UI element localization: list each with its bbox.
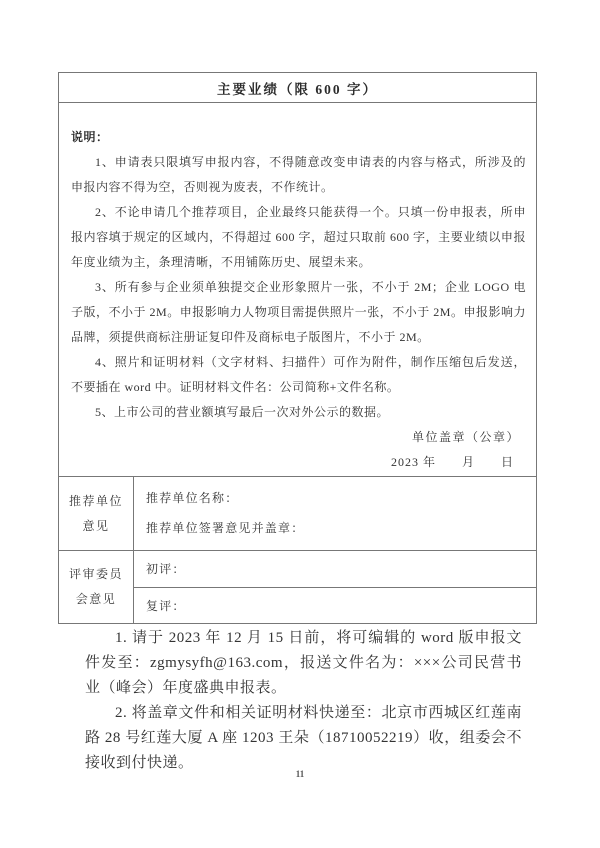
recommend-label-line1: 推荐单位	[69, 489, 123, 514]
recommend-row-content: 推荐单位名称： 推荐单位签署意见并盖章：	[134, 477, 536, 550]
unit-seal-label: 单位盖章（公章）	[71, 425, 526, 450]
submission-instruction-2: 2. 将盖章文件和相关证明材料快递至：北京市西城区红莲南路 28 号红莲大厦 A…	[85, 701, 522, 776]
note-item-4: 4、照片和证明材料（文字材料、扫描件）可作为附件，制作压缩包后发送，不要插在 w…	[71, 350, 526, 400]
review-row-content: 初评： 复评：	[134, 551, 536, 623]
date-fill-line: 2023 年 月 日	[71, 450, 526, 475]
review-opinion-row: 评审委员 会意见 初评： 复评：	[59, 550, 536, 623]
review-label-line1: 评审委员	[69, 562, 123, 587]
first-review-label: 初评：	[134, 551, 536, 587]
note-item-5: 5、上市公司的营业额填写最后一次对外公示的数据。	[71, 400, 526, 425]
application-table: 主要业绩（限 600 字） 说明： 1、申请表只限填写申报内容，不得随意改变申请…	[58, 72, 537, 624]
recommend-label-line2: 意见	[82, 514, 109, 539]
second-review-label: 复评：	[134, 587, 536, 624]
recommend-row-label: 推荐单位 意见	[59, 477, 134, 550]
table-header-row: 主要业绩（限 600 字）	[59, 73, 536, 103]
document-page: 主要业绩（限 600 字） 说明： 1、申请表只限填写申报内容，不得随意改变申请…	[0, 0, 600, 848]
notes-cell: 说明： 1、申请表只限填写申报内容，不得随意改变申请表的内容与格式，所涉及的申报…	[59, 103, 536, 476]
notes-title: 说明：	[71, 125, 526, 150]
review-row-label: 评审委员 会意见	[59, 551, 134, 623]
note-item-2: 2、不论申请几个推荐项目，企业最终只能获得一个。只填一份申报表，所申报内容填于规…	[71, 200, 526, 275]
main-achievements-header: 主要业绩（限 600 字）	[217, 78, 378, 98]
recommend-unit-name-label: 推荐单位名称：	[146, 483, 536, 513]
note-item-3: 3、所有参与企业须单独提交企业形象照片一张，不小于 2M；企业 LOGO 电子版…	[71, 275, 526, 350]
note-item-1: 1、申请表只限填写申报内容，不得随意改变申请表的内容与格式，所涉及的申报内容不得…	[71, 150, 526, 200]
page-number: 11	[0, 769, 600, 779]
submission-instructions: 1. 请于 2023 年 12 月 15 日前，将可编辑的 word 版申报文件…	[85, 626, 522, 776]
recommend-unit-sign-label: 推荐单位签署意见并盖章：	[146, 513, 536, 543]
recommend-opinion-row: 推荐单位 意见 推荐单位名称： 推荐单位签署意见并盖章：	[59, 476, 536, 550]
review-label-line2: 会意见	[76, 587, 117, 612]
submission-instruction-1: 1. 请于 2023 年 12 月 15 日前，将可编辑的 word 版申报文件…	[85, 626, 522, 701]
notes-row: 说明： 1、申请表只限填写申报内容，不得随意改变申请表的内容与格式，所涉及的申报…	[59, 103, 536, 476]
